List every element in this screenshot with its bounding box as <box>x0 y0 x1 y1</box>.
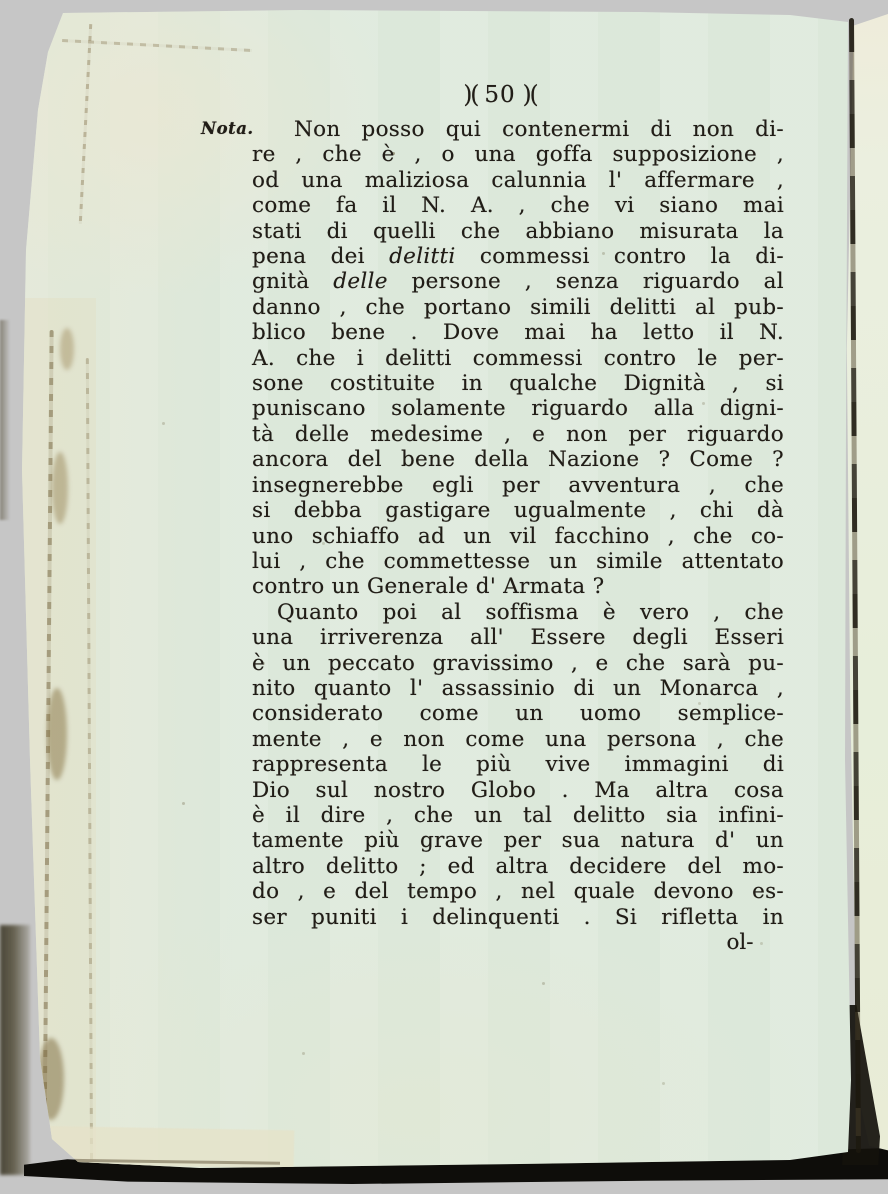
book-edge-shadow-upper <box>0 320 10 520</box>
scanned-book-page: )(50)( Nota. Non posso qui contenermi di… <box>0 0 888 1194</box>
text-line: contro un Generale d' Armata ? <box>252 574 784 599</box>
text-line: una irriverenza all' Essere degli Esseri <box>252 625 784 650</box>
text-line: puniscano solamente riguardo alla digni- <box>252 396 784 421</box>
text-line: od una maliziosa calunnia l' affermare , <box>252 168 784 193</box>
text-line: rappresenta le più vive immagini di <box>252 752 784 777</box>
paper-speck <box>542 982 545 985</box>
text-line: sone costituite in qualche Dignità , si <box>252 371 784 396</box>
text-line: A. che i delitti commessi contro le per- <box>252 346 784 371</box>
text-line: uno schiaffo ad un vil facchino , che co… <box>252 524 784 549</box>
text-line: si debba gastigare ugualmente , chi dà <box>252 498 784 523</box>
paper-speck <box>302 1052 305 1055</box>
catchword: ol- <box>690 930 790 955</box>
text-line: pena dei delitti commessi contro la di- <box>252 244 784 269</box>
paper-speck <box>162 422 165 425</box>
text-line: è il dire , che un tal delitto sia infin… <box>252 803 784 828</box>
text-block: Non posso qui contenermi di non di-re , … <box>252 117 784 930</box>
page-number: 50 <box>484 82 515 108</box>
header-ornament-left: )( <box>456 81 484 108</box>
header-ornament-right: )( <box>516 81 544 108</box>
corner-crease-vertical <box>79 24 92 224</box>
text-line: insegnerebbe egli per avventura , che <box>252 473 784 498</box>
text-line: considerato come un uomo semplice- <box>252 701 784 726</box>
text-line: Non posso qui contenermi di non di- <box>252 117 784 142</box>
text-line: altro delitto ; ed altra decidere del mo… <box>252 854 784 879</box>
book-edge-shadow <box>0 925 30 1175</box>
text-line: tamente più grave per sua natura d' un <box>252 828 784 853</box>
text-line: blico bene . Dove mai ha letto il N. <box>252 320 784 345</box>
text-line: re , che è , o una goffa supposizione , <box>252 142 784 167</box>
text-line: do , e del tempo , nel quale devono es- <box>252 879 784 904</box>
text-line: come fa il N. A. , che vi siano mai <box>252 193 784 218</box>
paper-stain <box>47 688 67 780</box>
text-line: mente , e non come una persona , che <box>252 727 784 752</box>
paper-speck <box>662 1082 665 1085</box>
text-line: è un peccato gravissimo , e che sarà pu- <box>252 651 784 676</box>
text-line: gnità delle persone , senza riguardo al <box>252 269 784 294</box>
paper-stain <box>60 328 74 370</box>
text-line: Dio sul nostro Globo . Ma altra cosa <box>252 778 784 803</box>
text-line: lui , che commettesse un simile attentat… <box>252 549 784 574</box>
paper-stain <box>38 1038 64 1120</box>
page-header: )(50)( <box>400 82 600 108</box>
text-line: ancora del bene della Nazione ? Come ? <box>252 447 784 472</box>
text-line: ser puniti i delinquenti . Si rifletta i… <box>252 905 784 930</box>
text-line: stati di quelli che abbiano misurata la <box>252 219 784 244</box>
paper-page: )(50)( Nota. Non posso qui contenermi di… <box>0 0 888 1194</box>
text-line: tà delle medesime , e non per riguardo <box>252 422 784 447</box>
paper-speck <box>182 802 185 805</box>
paper-stain <box>52 452 68 524</box>
text-line: Quanto poi al soffisma è vero , che <box>252 600 784 625</box>
margin-note: Nota. <box>201 119 254 138</box>
text-line: danno , che portano simili delitti al pu… <box>252 295 784 320</box>
text-line: nito quanto l' assassinio di un Monarca … <box>252 676 784 701</box>
